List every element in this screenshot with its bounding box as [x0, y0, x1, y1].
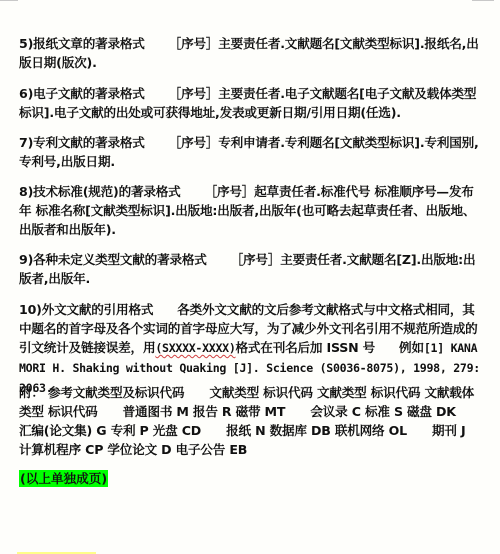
page-corner-mark-left — [0, 0, 18, 1]
appendix-text: 参考文献类型及标识代码 文献类型 标识代码 文献类型 标识代码 文献载体类型 标… — [19, 385, 481, 457]
entry-number: 9) — [19, 252, 33, 267]
entry-electronic-format: 6)电子文献的著录格式［序号］主要责任者.电子文献题名[电子文献及载体类型标识]… — [19, 84, 481, 122]
entry-heading: 专利文献的著录格式 — [33, 135, 145, 150]
entry-body-continued: 格式在刊名后加 ISSN 号 — [236, 340, 376, 355]
entry-number: 5) — [19, 36, 33, 51]
entry-undefined-format: 9)各种未定义类型文献的著录格式［序号］主要责任者.文献题名[Z].出版地:出版… — [19, 250, 481, 288]
entry-heading: 外文文献的引用格式 — [42, 302, 154, 317]
entry-number: 6) — [19, 86, 33, 101]
appendix-document-type-codes: 附： 参考文献类型及标识代码 文献类型 标识代码 文献类型 标识代码 文献载体类… — [19, 383, 481, 459]
entry-heading: 各种未定义类型文献的著录格式 — [33, 252, 207, 267]
example-label: 例如 — [399, 340, 424, 355]
separate-page-note: (以上单独成页) — [19, 470, 108, 487]
entry-heading: 电子文献的著录格式 — [33, 86, 145, 101]
appendix-label: 附： — [19, 385, 44, 400]
entry-number: 10) — [19, 302, 42, 317]
entry-number: 7) — [19, 135, 33, 150]
entry-heading: 报纸文章的著录格式 — [33, 36, 145, 51]
entry-newspaper-format: 5)报纸文章的著录格式［序号］主要责任者.文献题名[文献类型标识].报纸名,出版… — [19, 34, 481, 72]
entry-patent-format: 7)专利文献的著录格式［序号］专利申请者.专利题名[文献类型标识].专利国别,专… — [19, 133, 481, 171]
page-corner-mark-right — [472, 0, 494, 1]
entry-standard-format: 8)技术标准(规范)的著录格式［序号］起草责任者.标准代号 标准顺序号—发布年 … — [19, 182, 481, 239]
entry-heading: 技术标准(规范)的著录格式 — [33, 184, 180, 199]
entry-number: 8) — [19, 184, 33, 199]
issn-format-spellcheck: (SXXXX-XXXX) — [155, 341, 235, 355]
